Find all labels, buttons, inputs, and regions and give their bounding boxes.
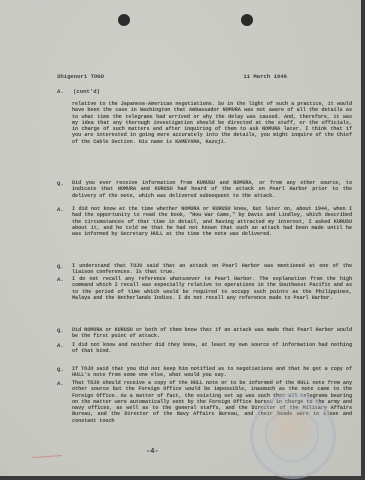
continuation-label: A. (cont'd) <box>57 88 100 95</box>
answer-paragraph: I did not know at the time whether NOMUR… <box>72 206 352 237</box>
answer-paragraph: I do not recall any reference whatsoever… <box>72 276 352 301</box>
answer-label: A. <box>57 342 64 349</box>
answer-paragraph: I did not know and neither did they know… <box>72 342 352 355</box>
question-paragraph: I understand that TOJO said that an atta… <box>72 263 352 276</box>
document-page: · · · Shigenori TOGO 11 March 1946 A. (c… <box>0 0 361 476</box>
question-label: Q. <box>57 327 64 334</box>
question-label: Q. <box>57 180 64 187</box>
question-label: Q. <box>57 366 64 373</box>
answer-label: A. <box>57 380 64 387</box>
punch-hole-left <box>118 14 130 26</box>
corner-mark: · · · <box>34 7 46 11</box>
document-header: Shigenori TOGO 11 March 1946 <box>57 73 287 80</box>
continuation-note: (cont'd) <box>73 88 100 95</box>
continuation-letter: A. <box>57 88 64 95</box>
punch-hole-right <box>241 14 253 26</box>
archive-stamp-seal <box>250 393 336 479</box>
question-paragraph: Did you ever receive information from KU… <box>72 180 352 199</box>
answer-paragraph: relative to the Japanese-American negoti… <box>72 101 352 145</box>
red-pencil-mark <box>32 450 62 458</box>
seal-inner-ring <box>265 408 319 462</box>
question-paragraph: If TOJO said that you did not keep him n… <box>72 366 352 379</box>
page-number: -4- <box>146 448 159 456</box>
question-label: Q. <box>57 263 64 270</box>
header-subject: Shigenori TOGO <box>57 73 104 80</box>
header-date: 11 March 1946 <box>243 73 287 80</box>
answer-label: A. <box>57 206 64 213</box>
question-paragraph: Did NOMURA or KURUSU or both of them kno… <box>72 327 352 340</box>
answer-label: A. <box>57 276 64 283</box>
